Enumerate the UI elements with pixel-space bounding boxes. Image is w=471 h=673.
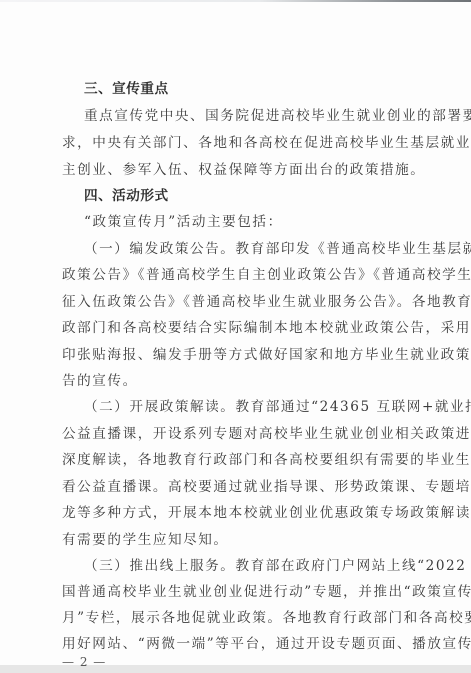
item-one-line: （一）编发政策公告。教育部印发《普通高校毕业生基层就业 [84,240,409,258]
item-three-line: 月”专栏，展示各地促就业政策。各地教育行政部门和各高校要 [62,609,409,627]
page-number: — 2 — [62,655,106,669]
scan-edge-shadow [0,0,471,2]
item-one-line: 征入伍政策公告》《普通高校毕业生就业服务公告》。各地教育行 [62,293,409,311]
item-three-line: 用好网站、“两微一端”等平台，通过开设专题页面、播放宣传片、 [62,635,409,653]
section-heading-publicity-focus: 三、宣传重点 [84,80,409,98]
item-two-line: 深度解读，各地教育行政部门和各高校要组织有需要的毕业生收 [62,451,409,469]
item-two-line: （二）开展政策解读。教育部通过“24365 互联网+就业指导” [84,398,409,416]
paragraph-line: 求，中央有关部门、各地和各高校在促进高校毕业生基层就业、自 [62,134,409,152]
document-page: 三、宣传重点 重点宣传党中央、国务院促进高校毕业生就业创业的部署要 求，中央有关… [0,0,471,665]
item-three-line: （三）推出线上服务。教育部在政府门户网站上线“2022 届全 [84,557,409,575]
paragraph-line: 主创业、参军入伍、权益保障等方面出台的政策措施。 [62,161,409,179]
item-two-line: 龙等多种方式，开展本地本校就业创业优惠政策专场政策解读，让 [62,504,409,522]
paragraph-intro: “政策宣传月”活动主要包括： [84,213,409,231]
item-two-line: 公益直播课，开设系列专题对高校毕业生就业创业相关政策进行 [62,425,409,443]
item-one-line: 告的宣传。 [62,372,409,390]
item-one-line: 印张贴海报、编发手册等方式做好国家和地方毕业生就业政策公 [62,346,409,364]
item-three-line: 国普通高校毕业生就业创业促进行动”专题，并推出“政策宣传 [62,583,409,601]
item-one-line: 政策公告》《普通高校学生自主创业政策公告》《普通高校学生应 [62,266,409,284]
item-two-line: 看公益直播课。高校要通过就业指导课、形势政策课、专题培训沙 [62,478,409,496]
section-heading-activity-format: 四、活动形式 [84,187,409,205]
paragraph-line: 重点宣传党中央、国务院促进高校毕业生就业创业的部署要 [84,107,409,125]
item-one-line: 政部门和各高校要结合实际编制本地本校就业政策公告，采用翻 [62,319,409,337]
item-two-line: 有需要的学生应知尽知。 [62,531,409,549]
